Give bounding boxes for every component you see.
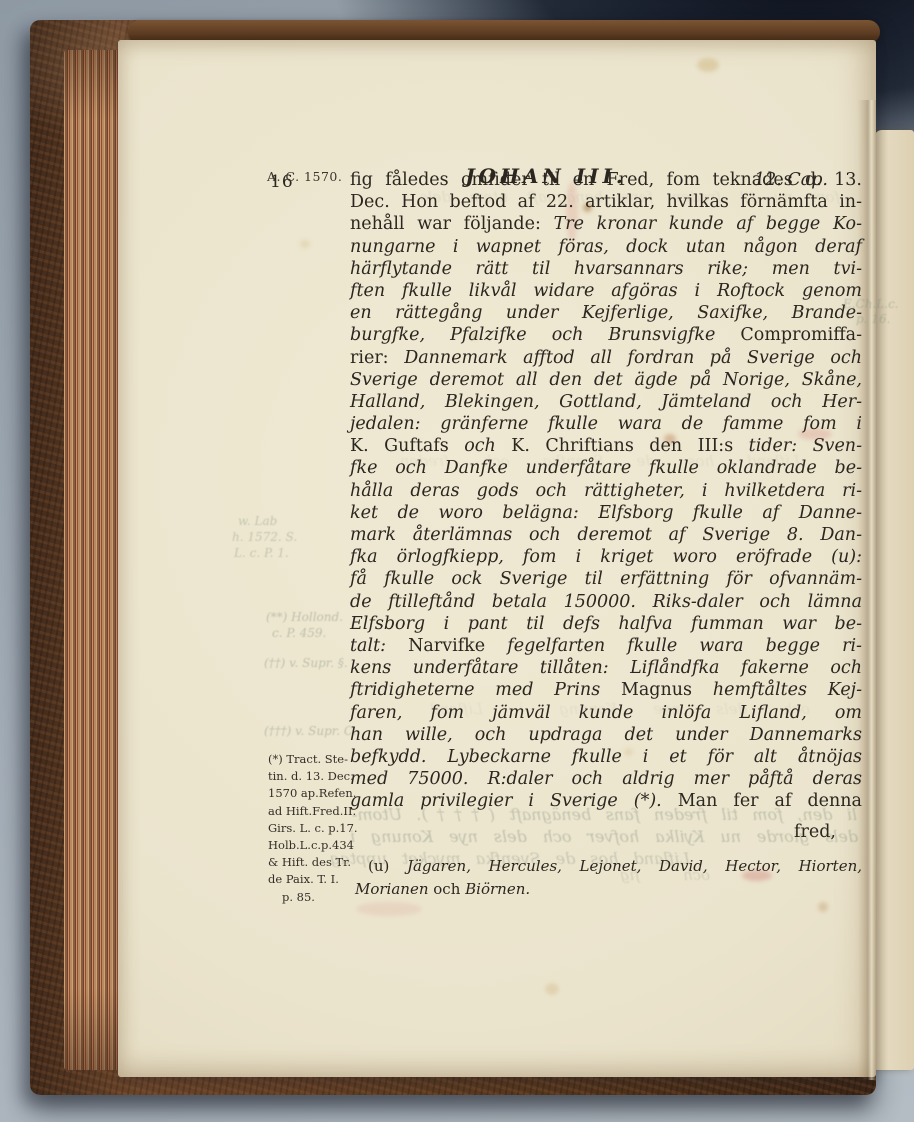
text-run: fegelfarten fkulle wara begge ri- bbox=[507, 636, 862, 656]
text-run: K. Chriftians den III:s bbox=[511, 436, 748, 456]
text-run: Dec. Hon beftod af 22. artiklar, hvilkas… bbox=[350, 192, 862, 212]
margin-footnote-line: p. 85. bbox=[268, 889, 364, 906]
text-run: Jägaren, Hercules, Lejonet, David, Hecto… bbox=[407, 857, 862, 875]
margin-footnote-line: tin. d. 13. Dec. bbox=[268, 768, 364, 785]
body-line: fka örlogfkiepp, fom i kriget woro eröfr… bbox=[350, 546, 862, 568]
text-run: Dannemark afftod all fordran på Sverige … bbox=[404, 348, 862, 368]
text-run: faren, fom jämväl kunde inlöfa Lifland, … bbox=[350, 703, 862, 723]
margin-footnote-line: Girs. L. c. p.17. bbox=[268, 820, 364, 837]
text-run: gamla privilegier i Sverige (*). bbox=[350, 791, 678, 811]
text-run: kens underfåtare tillåten: Liflåndfka fa… bbox=[350, 658, 862, 678]
margin-year-note: A. C. 1570. bbox=[267, 169, 342, 184]
text-run: Sverige deremot all den det ägde på Nori… bbox=[350, 370, 862, 390]
body-line: nehåll war följande: Tre kronar kunde af… bbox=[350, 213, 862, 235]
showthrough-ghost-text: L. c. P. 1. bbox=[234, 546, 289, 560]
text-run: och bbox=[464, 436, 511, 456]
text-run: fig fåledes omfider til en Fred, fom tek… bbox=[350, 170, 862, 190]
footnote-line-1: (u) Jägaren, Hercules, Lejonet, David, H… bbox=[368, 857, 862, 875]
text-run: Compromiffa- bbox=[740, 325, 862, 345]
showthrough-ghost-text: (†††) v. Supr. C. bbox=[264, 724, 356, 738]
text-run: mark återlämnas och deremot af Sverige 8… bbox=[350, 525, 862, 545]
text-run: Narvifke bbox=[408, 636, 507, 656]
body-line: han wille, och updraga det under Dannema… bbox=[350, 724, 862, 746]
text-run: ftridigheterne med Prins bbox=[350, 680, 621, 700]
footnote-line-2: Morianen och Biörnen. bbox=[355, 880, 530, 898]
text-run: tider: Sven- bbox=[749, 436, 862, 456]
showthrough-ghost-text: c. P. 459. bbox=[272, 626, 326, 640]
text-run: nungarne i wapnet föras, dock utan någon… bbox=[350, 237, 862, 257]
text-run: och bbox=[433, 880, 465, 898]
text-run: Halland, Blekingen, Gottland, Jämteland … bbox=[350, 392, 862, 412]
body-text: fig fåledes omfider til en Fred, fom tek… bbox=[350, 169, 862, 844]
text-run: hemftåltes Kej- bbox=[713, 680, 862, 700]
text-run: med 75000. R:daler och aldrig mer påftå … bbox=[350, 769, 862, 789]
text-run: Magnus bbox=[621, 680, 713, 700]
margin-footnote-line: 1570 ap.Refen. bbox=[268, 785, 364, 802]
showthrough-ghost-text: (**) Hollond. bbox=[266, 610, 343, 624]
margin-footnote: (*) Tract. Ste-tin. d. 13. Dec.1570 ap.R… bbox=[268, 751, 364, 906]
book-photo: 16 JOHAN III. 12. Cap. A. C. 1570. fig f… bbox=[0, 0, 914, 1122]
text-run: burgfke, Pfalzifke och Brunsvigfke bbox=[350, 325, 740, 345]
body-line: gamla privilegier i Sverige (*). Man fer… bbox=[350, 790, 862, 812]
text-run: få fkulle ock Sverige til erfättning för… bbox=[350, 569, 862, 589]
body-line: kens underfåtare tillåten: Liflåndfka fa… bbox=[350, 657, 862, 679]
text-run: K. Guftafs bbox=[350, 436, 464, 456]
text-run: Biörnen. bbox=[465, 880, 530, 898]
body-line: burgfke, Pfalzifke och Brunsvigfke Compr… bbox=[350, 324, 862, 346]
margin-footnote-line: Holb.L.c.p.434 bbox=[268, 837, 364, 854]
body-line: jedalen: gränferne fkulle wara de famme … bbox=[350, 413, 862, 435]
body-line: faren, fom jämväl kunde inlöfa Lifland, … bbox=[350, 702, 862, 724]
text-run: (u) bbox=[368, 857, 407, 875]
body-line: en rättegång under Kejferlige, Saxifke, … bbox=[350, 302, 862, 324]
text-run: fke och Danfke underfåtare fkulle okland… bbox=[350, 458, 862, 478]
text-run: talt: bbox=[350, 636, 408, 656]
showthrough-ghost-text: h. 1572. S. bbox=[232, 530, 297, 544]
body-line: hålla deras gods och rättigheter, i hvil… bbox=[350, 480, 862, 502]
body-line: Halland, Blekingen, Gottland, Jämteland … bbox=[350, 391, 862, 413]
page-fore-edges bbox=[64, 50, 124, 1070]
text-run: härflytande rätt til hvarsannars rike; m… bbox=[350, 259, 862, 279]
paper-stain bbox=[818, 902, 828, 912]
paper-stain bbox=[545, 983, 559, 995]
body-line: rier: Dannemark afftod all fordran på Sv… bbox=[350, 347, 862, 369]
text-run: ften fkulle likvål widare afgöras i Roft… bbox=[350, 281, 862, 301]
paper-stain bbox=[300, 240, 310, 248]
paper-stain bbox=[697, 58, 719, 72]
paper-stain bbox=[356, 902, 422, 916]
text-run: ket de woro belägna: Elfsborg fkulle af … bbox=[350, 503, 862, 523]
text-run: en rättegång under Kejferlige, Saxifke, … bbox=[350, 303, 862, 323]
text-run: hålla deras gods och rättigheter, i hvil… bbox=[350, 481, 862, 501]
body-line: fig fåledes omfider til en Fred, fom tek… bbox=[350, 169, 862, 191]
text-run: Man fer af denna bbox=[678, 791, 862, 811]
text-run: befkydd. Lybeckarne fkulle i et för alt … bbox=[350, 747, 862, 767]
body-line: Elfsborg i pant til defs halfva fumman w… bbox=[350, 613, 862, 635]
body-line: ftridigheterne med Prins Magnus hemftålt… bbox=[350, 679, 862, 701]
body-line: de ftilleftånd betala 150000. Riks-daler… bbox=[350, 591, 862, 613]
body-line: fke och Danfke underfåtare fkulle okland… bbox=[350, 457, 862, 479]
margin-footnote-line: ad Hift.Fred.II. bbox=[268, 803, 364, 820]
body-line: befkydd. Lybeckarne fkulle i et för alt … bbox=[350, 746, 862, 768]
text-run: rier: bbox=[350, 348, 404, 368]
body-line: ften fkulle likvål widare afgöras i Roft… bbox=[350, 280, 862, 302]
text-run: Morianen bbox=[355, 880, 433, 898]
text-run: fka örlogfkiepp, fom i kriget woro eröfr… bbox=[350, 547, 862, 567]
showthrough-ghost-text: (††) v. Supr. §. bbox=[264, 656, 348, 670]
body-line: få fkulle ock Sverige til erfättning för… bbox=[350, 568, 862, 590]
text-run: Elfsborg i pant til defs halfva fumman w… bbox=[350, 614, 862, 634]
catchword: fred, bbox=[350, 821, 862, 843]
body-line: Sverige deremot all den det ägde på Nori… bbox=[350, 369, 862, 391]
body-line: härflytande rätt til hvarsannars rike; m… bbox=[350, 258, 862, 280]
margin-footnote-line: (*) Tract. Ste- bbox=[268, 751, 364, 768]
body-line: talt: Narvifke fegelfarten fkulle wara b… bbox=[350, 635, 862, 657]
margin-footnote-line: de Paix. T. I. bbox=[268, 871, 364, 888]
page: 16 JOHAN III. 12. Cap. A. C. 1570. fig f… bbox=[118, 40, 876, 1077]
next-page-edge bbox=[874, 130, 914, 1070]
showthrough-ghost-text: w. Lab bbox=[238, 514, 277, 528]
body-line: med 75000. R:daler och aldrig mer påftå … bbox=[350, 768, 862, 790]
text-run: han wille, och updraga det under Dannema… bbox=[350, 725, 862, 745]
body-line: Dec. Hon beftod af 22. artiklar, hvilkas… bbox=[350, 191, 862, 213]
text-run: nehåll war följande: bbox=[350, 214, 554, 234]
body-line: nungarne i wapnet föras, dock utan någon… bbox=[350, 236, 862, 258]
text-run: Tre kronar kunde af begge Ko- bbox=[554, 214, 862, 234]
margin-footnote-line: & Hift. des Tr. bbox=[268, 854, 364, 871]
text-run: jedalen: gränferne fkulle wara de famme … bbox=[350, 414, 862, 434]
body-line: mark återlämnas och deremot af Sverige 8… bbox=[350, 524, 862, 546]
text-run: de ftilleftånd betala 150000. Riks-daler… bbox=[350, 592, 862, 612]
body-line: ket de woro belägna: Elfsborg fkulle af … bbox=[350, 502, 862, 524]
body-line: K. Guftafs och K. Chriftians den III:s t… bbox=[350, 435, 862, 457]
